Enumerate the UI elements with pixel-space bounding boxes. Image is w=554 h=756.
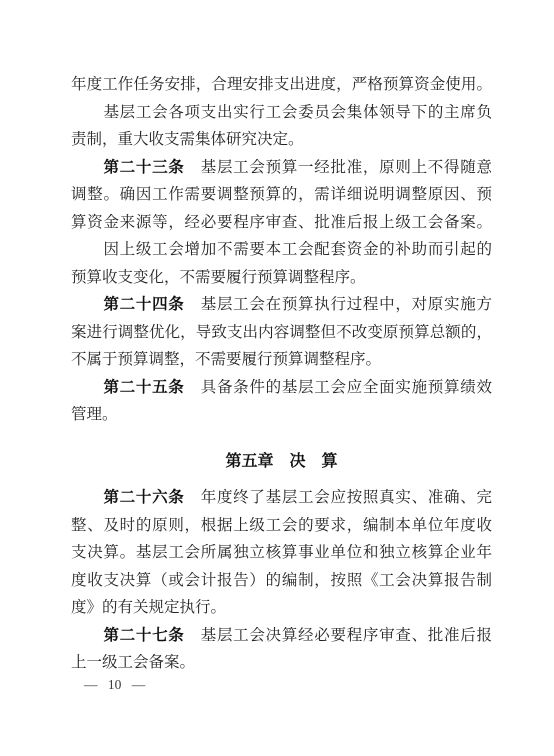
chapter-heading: 第五章 决 算 (71, 448, 492, 476)
text-line: 支决算。基层工会所属独立核算事业单位和独立核算企业年 (71, 539, 492, 567)
text-segment: 年度终了基层工会应按照真实、准确、完 (185, 489, 492, 506)
text-segment: 整、及时的原则，根据上级工会的要求，编制本单位年度收 (71, 517, 492, 534)
text-segment: 具备条件的基层工会应全面实施预算绩效 (185, 379, 492, 396)
text-segment: 基层工会在预算执行过程中，对原实施方 (185, 296, 492, 313)
text-segment: 基层工会各项支出实行工会委员会集体领导下的主席负 (71, 104, 492, 121)
text-segment: 不属于预算调整，不需要履行预算调整程序。 (71, 351, 381, 368)
article-number: 第二十五条 (103, 379, 184, 396)
article-number: 第二十四条 (103, 296, 184, 313)
document-body: 年度工作任务安排，合理安排支出进度，严格预算资金使用。 基层工会各项支出实行工会… (71, 71, 492, 677)
article-number: 第二十六条 (103, 489, 184, 506)
text-segment: 基层工会决算经必要程序审查、批准后报 (185, 627, 492, 644)
text-segment (71, 379, 103, 396)
text-line: 案进行调整优化，导致支出内容调整但不改变原预算总额的， (71, 319, 492, 347)
text-segment (71, 296, 103, 313)
section-budget-lines: 年度工作任务安排，合理安排支出进度，严格预算资金使用。 基层工会各项支出实行工会… (71, 71, 492, 429)
article-number: 第二十七条 (103, 627, 184, 644)
text-segment: 年度工作任务安排，合理安排支出进度，严格预算资金使用。 (71, 76, 492, 93)
text-segment: 度收支决算（或会计报告）的编制，按照《工会决算报告制 (71, 572, 492, 589)
text-segment: 责制，重大收支需集体研究决定。 (71, 131, 304, 148)
text-segment: 度》的有关规定执行。 (71, 599, 226, 616)
text-line: 调整。确因工作需要调整预算的，需详细说明调整原因、预 (71, 181, 492, 209)
text-segment: 案进行调整优化，导致支出内容调整但不改变原预算总额的， (71, 324, 492, 341)
text-line: 第二十五条 具备条件的基层工会应全面实施预算绩效 (71, 374, 492, 402)
article-number: 第二十三条 (103, 159, 184, 176)
text-segment: 调整。确因工作需要调整预算的，需详细说明调整原因、预 (71, 186, 492, 203)
text-segment: 预算收支变化，不需要履行预算调整程序。 (71, 269, 366, 286)
text-segment: 上一级工会备案。 (71, 654, 195, 671)
text-line: 第二十六条 年度终了基层工会应按照真实、准确、完 (71, 484, 492, 512)
text-line: 第二十三条 基层工会预算一经批准，原则上不得随意 (71, 154, 492, 182)
text-segment: 管理。 (71, 406, 118, 423)
page-number: — 10 — (84, 677, 145, 693)
text-line: 度》的有关规定执行。 (71, 594, 492, 622)
text-line: 管理。 (71, 401, 492, 429)
text-segment: 基层工会预算一经批准，原则上不得随意 (185, 159, 492, 176)
text-line: 第二十七条 基层工会决算经必要程序审查、批准后报 (71, 622, 492, 650)
text-line: 基层工会各项支出实行工会委员会集体领导下的主席负 (71, 99, 492, 127)
document-page: 年度工作任务安排，合理安排支出进度，严格预算资金使用。 基层工会各项支出实行工会… (0, 0, 554, 756)
text-line: 责制，重大收支需集体研究决定。 (71, 126, 492, 154)
text-segment: 因上级工会增加不需要本工会配套资金的补助而引起的 (71, 241, 492, 258)
text-line: 算资金来源等，经必要程序审查、批准后报上级工会备案。 (71, 209, 492, 237)
section-final-accounts-lines: 第二十六条 年度终了基层工会应按照真实、准确、完整、及时的原则，根据上级工会的要… (71, 484, 492, 677)
text-segment (71, 489, 103, 506)
text-line: 上一级工会备案。 (71, 649, 492, 677)
text-line: 预算收支变化，不需要履行预算调整程序。 (71, 264, 492, 292)
text-line: 因上级工会增加不需要本工会配套资金的补助而引起的 (71, 236, 492, 264)
text-line: 第二十四条 基层工会在预算执行过程中，对原实施方 (71, 291, 492, 319)
text-line: 整、及时的原则，根据上级工会的要求，编制本单位年度收 (71, 512, 492, 540)
text-segment: 支决算。基层工会所属独立核算事业单位和独立核算企业年 (71, 544, 492, 561)
text-line: 不属于预算调整，不需要履行预算调整程序。 (71, 346, 492, 374)
text-segment (71, 159, 103, 176)
text-segment (71, 627, 103, 644)
text-line: 年度工作任务安排，合理安排支出进度，严格预算资金使用。 (71, 71, 492, 99)
text-segment: 算资金来源等，经必要程序审查、批准后报上级工会备案。 (71, 214, 492, 231)
text-line: 度收支决算（或会计报告）的编制，按照《工会决算报告制 (71, 567, 492, 595)
